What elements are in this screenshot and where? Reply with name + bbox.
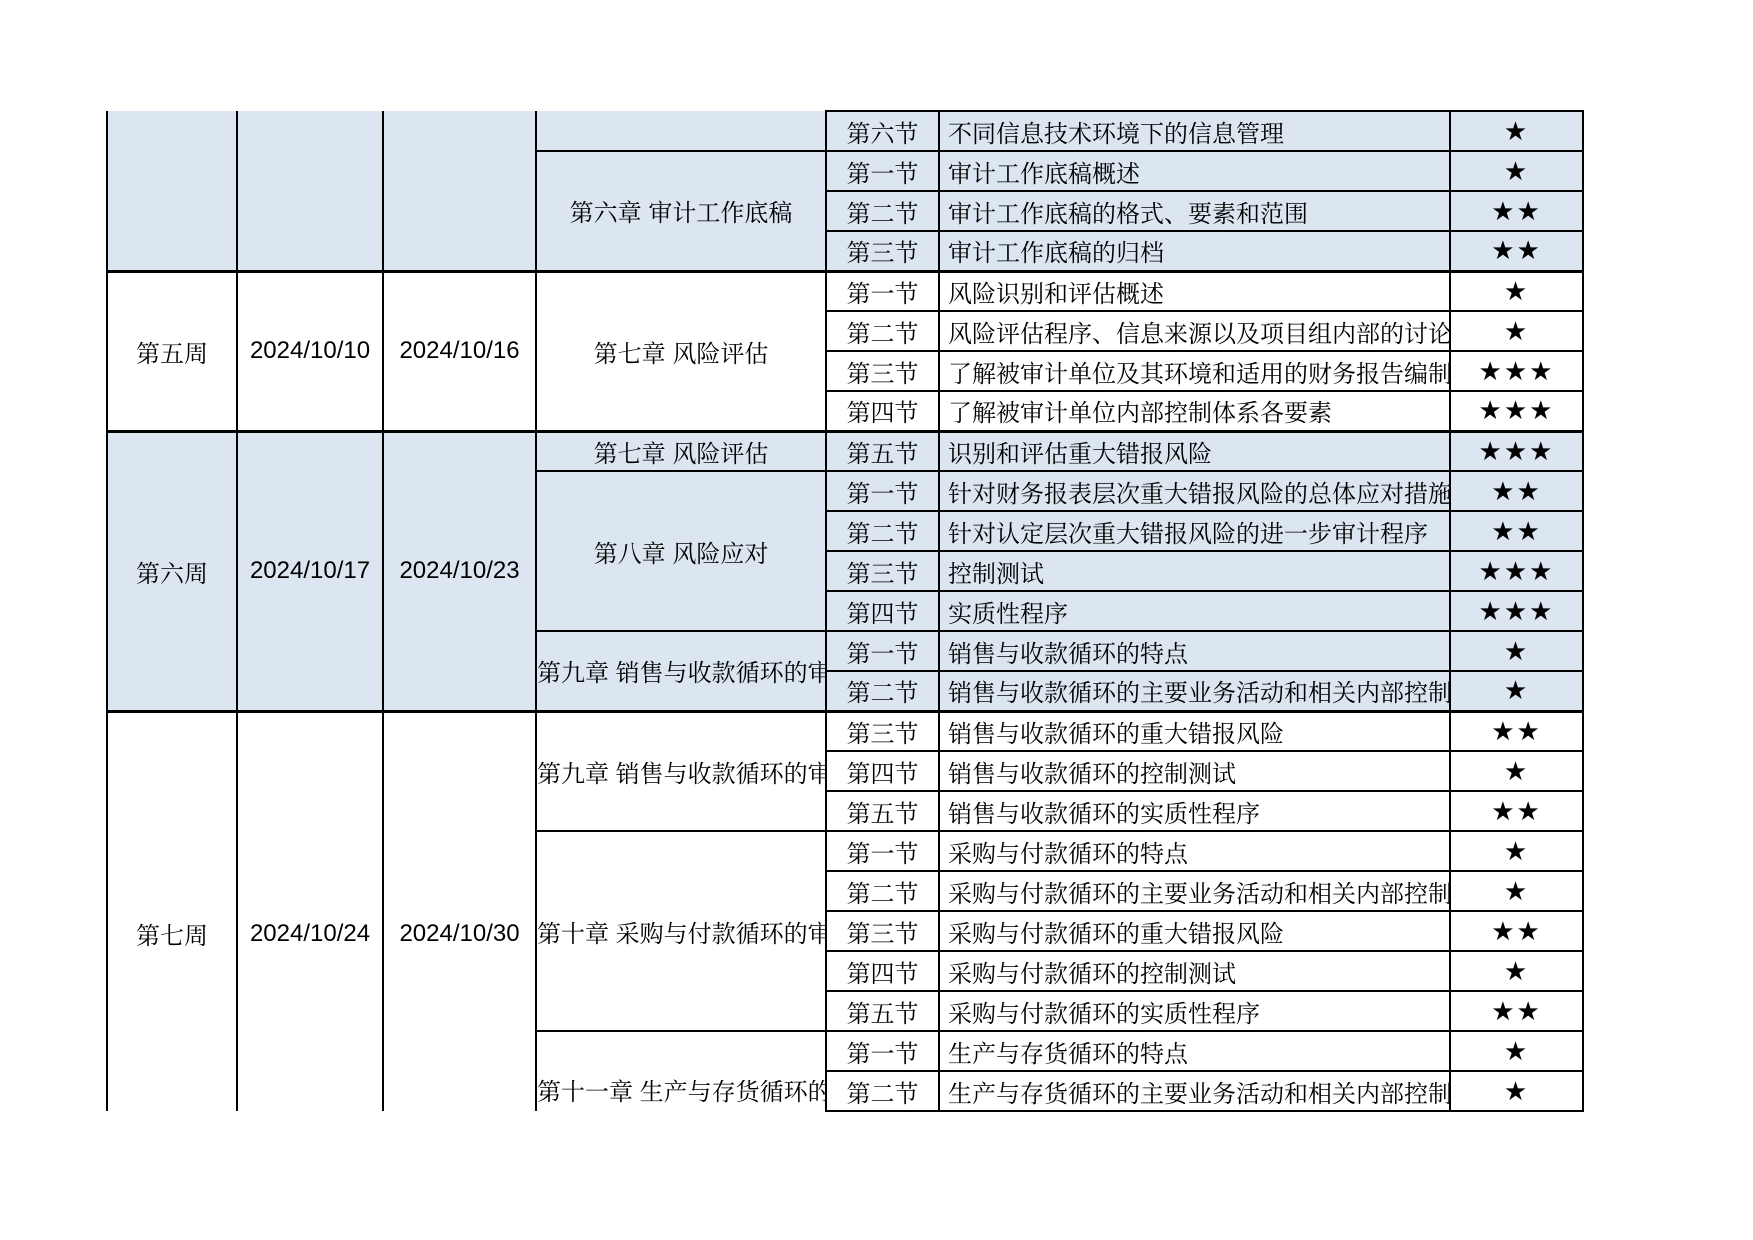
section-cell-text: 第四节 bbox=[847, 954, 919, 989]
stars-cell-text: ★★ bbox=[1491, 716, 1542, 747]
chapter-cell[interactable]: 第七章 风险评估 bbox=[536, 431, 826, 471]
table-row: 第七周2024/10/242024/10/30第九章 销售与收款循环的审计第三节… bbox=[107, 711, 1583, 751]
start-date-cell-text: 2024/10/17 bbox=[250, 557, 370, 585]
title-cell[interactable]: 采购与付款循环的特点 bbox=[939, 831, 1450, 871]
section-cell[interactable]: 第二节 bbox=[826, 1071, 939, 1111]
section-cell-text: 第一节 bbox=[847, 834, 919, 869]
week-cell-text: 第七周 bbox=[136, 916, 208, 951]
section-cell[interactable]: 第五节 bbox=[826, 991, 939, 1031]
title-cell-text: 采购与付款循环的实质性程序 bbox=[940, 994, 1449, 1029]
section-cell-text: 第三节 bbox=[847, 714, 919, 749]
stars-cell-text: ★★★ bbox=[1479, 596, 1555, 627]
stars-cell[interactable]: ★★★ bbox=[1450, 391, 1583, 431]
study-schedule-sheet: 第六节不同信息技术环境下的信息管理★第六章 审计工作底稿第一节审计工作底稿概述★… bbox=[106, 110, 1584, 1112]
stars-cell[interactable]: ★★★ bbox=[1450, 431, 1583, 471]
section-cell-text: 第一节 bbox=[847, 474, 919, 509]
title-cell[interactable]: 销售与收款循环的重大错报风险 bbox=[939, 711, 1450, 751]
start-date-cell-text: 2024/10/24 bbox=[250, 920, 370, 948]
stars-cell-text: ★★ bbox=[1491, 196, 1542, 227]
section-cell[interactable]: 第六节 bbox=[826, 111, 939, 151]
start-date-cell[interactable] bbox=[237, 111, 383, 271]
week-cell-text: 第五周 bbox=[136, 334, 208, 369]
title-cell-text: 采购与付款循环的特点 bbox=[940, 834, 1449, 869]
stars-cell-text: ★★ bbox=[1491, 516, 1542, 547]
title-cell-text: 审计工作底稿概述 bbox=[940, 154, 1449, 189]
section-cell[interactable]: 第二节 bbox=[826, 871, 939, 911]
title-cell-text: 采购与付款循环的控制测试 bbox=[940, 954, 1449, 989]
section-cell-text: 第三节 bbox=[847, 914, 919, 949]
chapter-cell[interactable]: 第九章 销售与收款循环的审计 bbox=[536, 631, 826, 711]
section-cell-text: 第一节 bbox=[847, 274, 919, 309]
end-date-cell[interactable]: 2024/10/23 bbox=[383, 431, 536, 711]
title-cell-text: 采购与付款循环的重大错报风险 bbox=[940, 914, 1449, 949]
table-row: 第六节不同信息技术环境下的信息管理★ bbox=[107, 111, 1583, 151]
stars-cell-text: ★ bbox=[1504, 116, 1529, 147]
section-cell-text: 第二节 bbox=[847, 514, 919, 549]
chapter-cell[interactable] bbox=[536, 111, 826, 151]
week-cell[interactable]: 第五周 bbox=[107, 271, 237, 431]
section-cell[interactable]: 第一节 bbox=[826, 831, 939, 871]
section-cell-text: 第二节 bbox=[847, 194, 919, 229]
title-cell[interactable]: 针对认定层次重大错报风险的进一步审计程序 bbox=[939, 511, 1450, 551]
end-date-cell[interactable]: 2024/10/16 bbox=[383, 271, 536, 431]
section-cell-text: 第二节 bbox=[847, 673, 919, 708]
title-cell[interactable]: 审计工作底稿的归档 bbox=[939, 231, 1450, 271]
section-cell[interactable]: 第二节 bbox=[826, 671, 939, 711]
chapter-cell[interactable]: 第七章 风险评估 bbox=[536, 271, 826, 431]
chapter-cell-text: 第七章 风险评估 bbox=[537, 334, 825, 369]
section-cell-text: 第二节 bbox=[847, 1074, 919, 1109]
section-cell[interactable]: 第一节 bbox=[826, 271, 939, 311]
chapter-cell[interactable]: 第九章 销售与收款循环的审计 bbox=[536, 711, 826, 831]
section-cell[interactable]: 第四节 bbox=[826, 591, 939, 631]
title-cell-text: 了解被审计单位内部控制体系各要素 bbox=[940, 393, 1449, 428]
end-date-cell-text: 2024/10/23 bbox=[399, 557, 519, 585]
title-cell-text: 识别和评估重大错报风险 bbox=[940, 434, 1449, 469]
title-cell[interactable]: 实质性程序 bbox=[939, 591, 1450, 631]
stars-cell[interactable]: ★ bbox=[1450, 1031, 1583, 1071]
stars-cell-text: ★★★ bbox=[1479, 436, 1555, 467]
stars-cell-text: ★★★ bbox=[1479, 395, 1555, 426]
section-cell[interactable]: 第一节 bbox=[826, 471, 939, 511]
week-cell[interactable] bbox=[107, 111, 237, 271]
title-cell-text: 生产与存货循环的主要业务活动和相关内部控制 bbox=[940, 1074, 1449, 1109]
title-cell-text: 不同信息技术环境下的信息管理 bbox=[940, 114, 1449, 149]
stars-cell[interactable]: ★ bbox=[1450, 1071, 1583, 1111]
stars-cell-text: ★★ bbox=[1491, 235, 1542, 266]
stars-cell-text: ★★★ bbox=[1479, 556, 1555, 587]
section-cell[interactable]: 第一节 bbox=[826, 1031, 939, 1071]
chapter-cell-text: 第八章 风险应对 bbox=[537, 534, 825, 569]
section-cell[interactable]: 第五节 bbox=[826, 791, 939, 831]
chapter-cell[interactable]: 第六章 审计工作底稿 bbox=[536, 151, 826, 271]
chapter-cell[interactable]: 第十一章 生产与存货循环的审计 bbox=[536, 1031, 826, 1111]
schedule-table: 第六节不同信息技术环境下的信息管理★第六章 审计工作底稿第一节审计工作底稿概述★… bbox=[106, 110, 1584, 1112]
schedule-body: 第六节不同信息技术环境下的信息管理★第六章 审计工作底稿第一节审计工作底稿概述★… bbox=[107, 111, 1583, 1111]
section-cell-text: 第三节 bbox=[847, 354, 919, 389]
title-cell-text: 销售与收款循环的重大错报风险 bbox=[940, 714, 1449, 749]
spreadsheet-page: { "table": { "colors": { "band_blue": "#… bbox=[0, 0, 1753, 1240]
stars-cell-text: ★★★ bbox=[1479, 356, 1555, 387]
section-cell[interactable]: 第四节 bbox=[826, 951, 939, 991]
stars-cell-text: ★ bbox=[1504, 276, 1529, 307]
end-date-cell-text: 2024/10/16 bbox=[399, 337, 519, 365]
title-cell-text: 针对认定层次重大错报风险的进一步审计程序 bbox=[940, 514, 1449, 549]
section-cell[interactable]: 第二节 bbox=[826, 511, 939, 551]
section-cell[interactable]: 第三节 bbox=[826, 351, 939, 391]
title-cell[interactable]: 不同信息技术环境下的信息管理 bbox=[939, 111, 1450, 151]
section-cell-text: 第五节 bbox=[847, 994, 919, 1029]
title-cell[interactable]: 销售与收款循环的控制测试 bbox=[939, 751, 1450, 791]
stars-cell[interactable]: ★ bbox=[1450, 871, 1583, 911]
title-cell[interactable]: 采购与付款循环的重大错报风险 bbox=[939, 911, 1450, 951]
title-cell[interactable]: 风险识别和评估概述 bbox=[939, 271, 1450, 311]
section-cell[interactable]: 第一节 bbox=[826, 151, 939, 191]
stars-cell[interactable]: ★★★ bbox=[1450, 351, 1583, 391]
start-date-cell[interactable]: 2024/10/17 bbox=[237, 431, 383, 711]
chapter-cell-text: 第十一章 生产与存货循环的审计 bbox=[537, 1072, 825, 1107]
stars-cell[interactable]: ★ bbox=[1450, 951, 1583, 991]
end-date-cell[interactable]: 2024/10/30 bbox=[383, 711, 536, 1111]
stars-cell[interactable]: ★★ bbox=[1450, 511, 1583, 551]
stars-cell[interactable]: ★ bbox=[1450, 151, 1583, 191]
section-cell-text: 第二节 bbox=[847, 314, 919, 349]
title-cell[interactable]: 审计工作底稿的格式、要素和范围 bbox=[939, 191, 1450, 231]
section-cell[interactable]: 第三节 bbox=[826, 231, 939, 271]
title-cell[interactable]: 生产与存货循环的主要业务活动和相关内部控制 bbox=[939, 1071, 1450, 1111]
section-cell[interactable]: 第三节 bbox=[826, 911, 939, 951]
title-cell-text: 审计工作底稿的归档 bbox=[940, 233, 1449, 268]
title-cell-text: 销售与收款循环的特点 bbox=[940, 634, 1449, 669]
title-cell[interactable]: 了解被审计单位内部控制体系各要素 bbox=[939, 391, 1450, 431]
stars-cell[interactable]: ★★ bbox=[1450, 791, 1583, 831]
section-cell-text: 第五节 bbox=[847, 794, 919, 829]
section-cell-text: 第四节 bbox=[847, 754, 919, 789]
section-cell-text: 第三节 bbox=[847, 233, 919, 268]
section-cell[interactable]: 第五节 bbox=[826, 431, 939, 471]
title-cell-text: 采购与付款循环的主要业务活动和相关内部控制 bbox=[940, 874, 1449, 909]
stars-cell[interactable]: ★ bbox=[1450, 271, 1583, 311]
title-cell[interactable]: 采购与付款循环的主要业务活动和相关内部控制 bbox=[939, 871, 1450, 911]
title-cell-text: 审计工作底稿的格式、要素和范围 bbox=[940, 194, 1449, 229]
stars-cell[interactable]: ★★ bbox=[1450, 991, 1583, 1031]
stars-cell[interactable]: ★ bbox=[1450, 631, 1583, 671]
section-cell-text: 第二节 bbox=[847, 874, 919, 909]
title-cell[interactable]: 风险评估程序、信息来源以及项目组内部的讨论 bbox=[939, 311, 1450, 351]
chapter-cell-text: 第十章 采购与付款循环的审计 bbox=[537, 914, 825, 949]
title-cell[interactable]: 控制测试 bbox=[939, 551, 1450, 591]
stars-cell[interactable]: ★★ bbox=[1450, 471, 1583, 511]
title-cell-text: 风险评估程序、信息来源以及项目组内部的讨论 bbox=[940, 314, 1449, 349]
stars-cell[interactable]: ★ bbox=[1450, 111, 1583, 151]
stars-cell-text: ★ bbox=[1504, 316, 1529, 347]
stars-cell[interactable]: ★ bbox=[1450, 751, 1583, 791]
title-cell[interactable]: 识别和评估重大错报风险 bbox=[939, 431, 1450, 471]
section-cell-text: 第六节 bbox=[847, 114, 919, 149]
stars-cell[interactable]: ★ bbox=[1450, 671, 1583, 711]
stars-cell-text: ★ bbox=[1504, 636, 1529, 667]
title-cell-text: 生产与存货循环的特点 bbox=[940, 1034, 1449, 1069]
stars-cell-text: ★ bbox=[1504, 836, 1529, 867]
stars-cell-text: ★★ bbox=[1491, 476, 1542, 507]
chapter-cell-text: 第七章 风险评估 bbox=[537, 434, 825, 469]
title-cell-text: 实质性程序 bbox=[940, 594, 1449, 629]
stars-cell[interactable]: ★★★ bbox=[1450, 551, 1583, 591]
stars-cell-text: ★ bbox=[1504, 956, 1529, 987]
stars-cell-text: ★★ bbox=[1491, 796, 1542, 827]
stars-cell-text: ★★ bbox=[1491, 916, 1542, 947]
title-cell-text: 销售与收款循环的主要业务活动和相关内部控制 bbox=[940, 673, 1449, 708]
title-cell[interactable]: 销售与收款循环的实质性程序 bbox=[939, 791, 1450, 831]
week-cell[interactable]: 第六周 bbox=[107, 431, 237, 711]
stars-cell-text: ★ bbox=[1504, 156, 1529, 187]
end-date-cell-text: 2024/10/30 bbox=[399, 920, 519, 948]
title-cell-text: 销售与收款循环的控制测试 bbox=[940, 754, 1449, 789]
stars-cell[interactable]: ★★ bbox=[1450, 711, 1583, 751]
section-cell[interactable]: 第三节 bbox=[826, 551, 939, 591]
section-cell[interactable]: 第一节 bbox=[826, 631, 939, 671]
stars-cell[interactable]: ★★ bbox=[1450, 911, 1583, 951]
section-cell-text: 第四节 bbox=[847, 594, 919, 629]
start-date-cell[interactable]: 2024/10/24 bbox=[237, 711, 383, 1111]
stars-cell-text: ★ bbox=[1504, 675, 1529, 706]
section-cell[interactable]: 第四节 bbox=[826, 751, 939, 791]
stars-cell[interactable]: ★ bbox=[1450, 831, 1583, 871]
title-cell[interactable]: 采购与付款循环的控制测试 bbox=[939, 951, 1450, 991]
chapter-cell-text: 第九章 销售与收款循环的审计 bbox=[537, 653, 825, 688]
stars-cell-text: ★ bbox=[1504, 876, 1529, 907]
section-cell-text: 第五节 bbox=[847, 434, 919, 469]
title-cell[interactable]: 审计工作底稿概述 bbox=[939, 151, 1450, 191]
section-cell-text: 第一节 bbox=[847, 634, 919, 669]
stars-cell-text: ★ bbox=[1504, 1076, 1529, 1107]
stars-cell-text: ★★ bbox=[1491, 996, 1542, 1027]
chapter-cell-text: 第九章 销售与收款循环的审计 bbox=[537, 754, 825, 789]
table-row: 第六周2024/10/172024/10/23第七章 风险评估第五节识别和评估重… bbox=[107, 431, 1583, 471]
section-cell-text: 第三节 bbox=[847, 554, 919, 589]
stars-cell[interactable]: ★★ bbox=[1450, 231, 1583, 271]
title-cell[interactable]: 销售与收款循环的主要业务活动和相关内部控制 bbox=[939, 671, 1450, 711]
section-cell-text: 第一节 bbox=[847, 1034, 919, 1069]
start-date-cell-text: 2024/10/10 bbox=[250, 337, 370, 365]
week-cell[interactable]: 第七周 bbox=[107, 711, 237, 1111]
title-cell-text: 销售与收款循环的实质性程序 bbox=[940, 794, 1449, 829]
title-cell-text: 了解被审计单位及其环境和适用的财务报告编制基 bbox=[940, 354, 1449, 389]
title-cell[interactable]: 采购与付款循环的实质性程序 bbox=[939, 991, 1450, 1031]
section-cell-text: 第四节 bbox=[847, 393, 919, 428]
section-cell-text: 第一节 bbox=[847, 154, 919, 189]
table-row: 第五周2024/10/102024/10/16第七章 风险评估第一节风险识别和评… bbox=[107, 271, 1583, 311]
stars-cell[interactable]: ★★ bbox=[1450, 191, 1583, 231]
title-cell-text: 风险识别和评估概述 bbox=[940, 274, 1449, 309]
title-cell[interactable]: 生产与存货循环的特点 bbox=[939, 1031, 1450, 1071]
stars-cell[interactable]: ★★★ bbox=[1450, 591, 1583, 631]
start-date-cell[interactable]: 2024/10/10 bbox=[237, 271, 383, 431]
chapter-cell[interactable]: 第十章 采购与付款循环的审计 bbox=[536, 831, 826, 1031]
week-cell-text: 第六周 bbox=[136, 554, 208, 589]
stars-cell-text: ★ bbox=[1504, 1036, 1529, 1067]
stars-cell[interactable]: ★ bbox=[1450, 311, 1583, 351]
title-cell-text: 控制测试 bbox=[940, 554, 1449, 589]
chapter-cell-text: 第六章 审计工作底稿 bbox=[537, 193, 825, 228]
end-date-cell[interactable] bbox=[383, 111, 536, 271]
title-cell[interactable]: 销售与收款循环的特点 bbox=[939, 631, 1450, 671]
title-cell[interactable]: 针对财务报表层次重大错报风险的总体应对措施 bbox=[939, 471, 1450, 511]
section-cell[interactable]: 第四节 bbox=[826, 391, 939, 431]
section-cell[interactable]: 第二节 bbox=[826, 191, 939, 231]
section-cell[interactable]: 第三节 bbox=[826, 711, 939, 751]
stars-cell-text: ★ bbox=[1504, 756, 1529, 787]
title-cell-text: 针对财务报表层次重大错报风险的总体应对措施 bbox=[940, 474, 1449, 509]
section-cell[interactable]: 第二节 bbox=[826, 311, 939, 351]
title-cell[interactable]: 了解被审计单位及其环境和适用的财务报告编制基 bbox=[939, 351, 1450, 391]
chapter-cell[interactable]: 第八章 风险应对 bbox=[536, 471, 826, 631]
